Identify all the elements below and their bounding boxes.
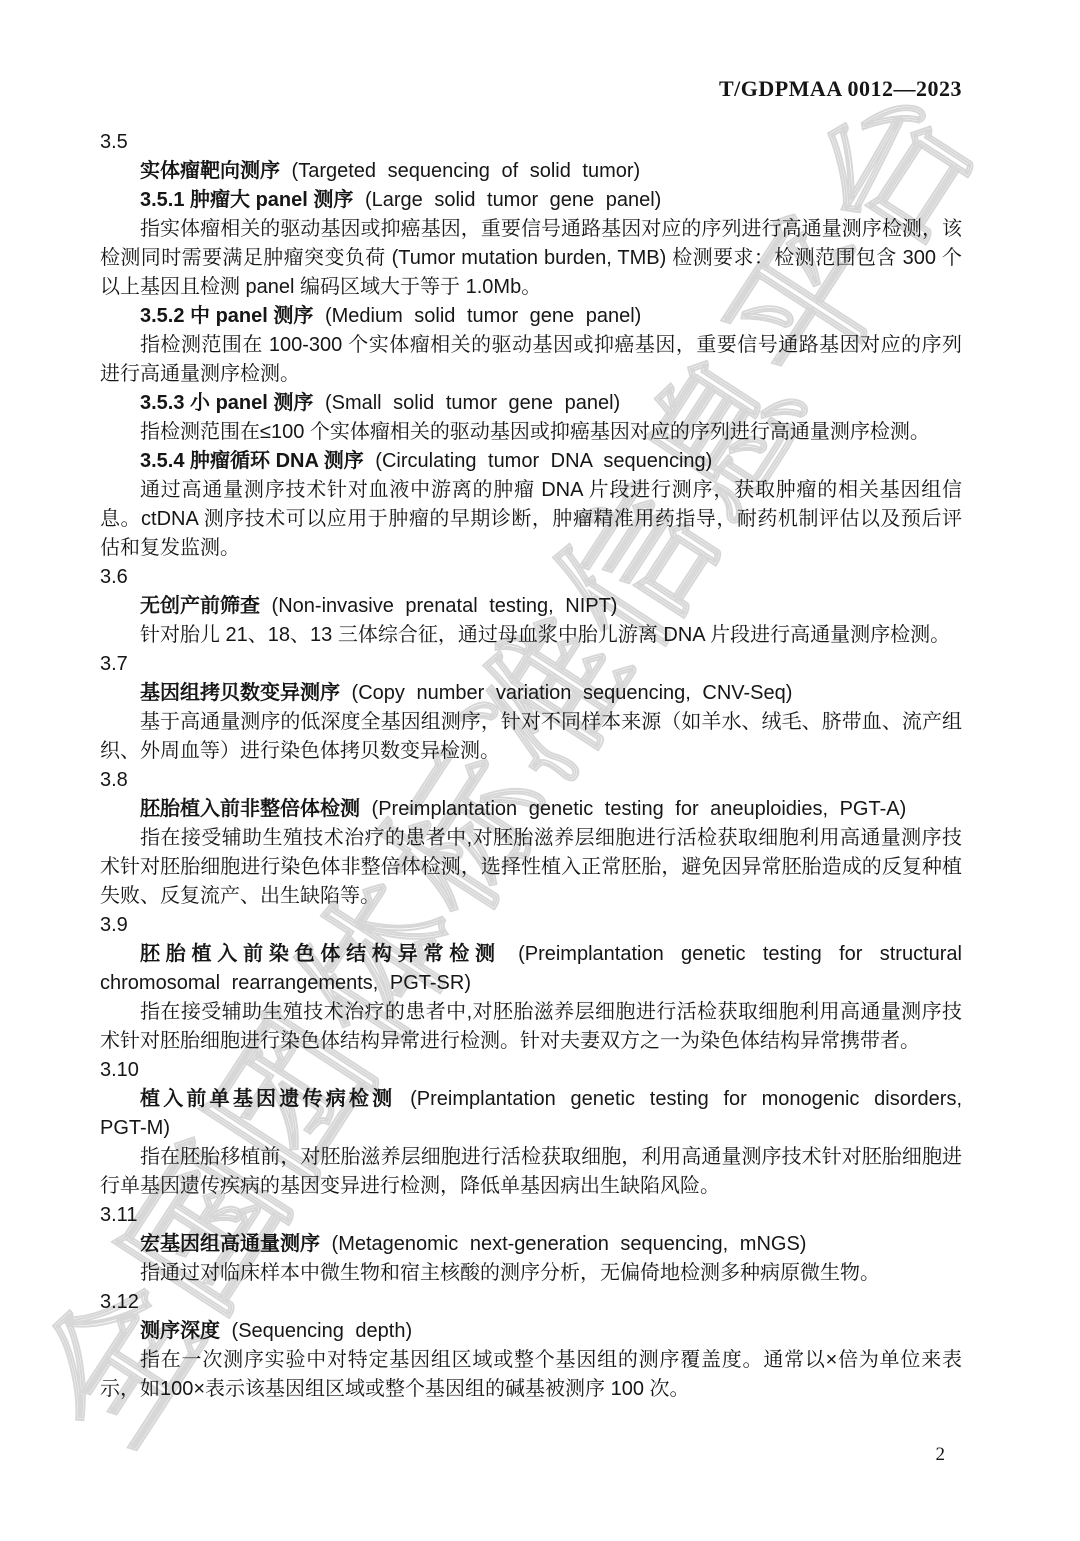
section-number-3-7: 3.7: [100, 650, 962, 679]
definition-3-5-3: 指检测范围在≤100 个实体瘤相关的驱动基因或抑癌基因对应的序列进行高通量测序检…: [100, 418, 962, 447]
term-zh: 无创产前筛查: [140, 595, 260, 617]
term-heading-3-9: 胚胎植入前染色体结构异常检测 (Preimplantation genetic …: [100, 940, 962, 998]
term-zh: 3.5.1 肿瘤大 panel 测序: [140, 189, 353, 211]
term-heading-3-8: 胚胎植入前非整倍体检测 (Preimplantation genetic tes…: [100, 795, 962, 824]
term-heading-3-5-2: 3.5.2 中 panel 测序 (Medium solid tumor gen…: [100, 302, 962, 331]
term-heading-3-6: 无创产前筛查 (Non-invasive prenatal testing, N…: [100, 592, 962, 621]
term-en: (Medium solid tumor gene panel): [313, 305, 641, 327]
document-page: 全国团体标准信息平台 T/GDPMAA 0012—2023 3.5 实体瘤靶向测…: [0, 0, 1080, 1541]
term-zh: 基因组拷贝数变异测序: [140, 682, 340, 704]
term-heading-3-5-4: 3.5.4 肿瘤循环 DNA 测序 (Circulating tumor DNA…: [100, 447, 962, 476]
definition-3-5-1: 指实体瘤相关的驱动基因或抑癌基因，重要信号通路基因对应的序列进行高通量测序检测，…: [100, 215, 962, 302]
page-number: 2: [936, 1444, 946, 1466]
section-number-3-9: 3.9: [100, 911, 962, 940]
term-heading-3-5-3: 3.5.3 小 panel 测序 (Small solid tumor gene…: [100, 389, 962, 418]
term-zh: 3.5.4 肿瘤循环 DNA 测序: [140, 450, 364, 472]
term-zh: 测序深度: [140, 1320, 220, 1342]
term-heading-3-5-1: 3.5.1 肿瘤大 panel 测序 (Large solid tumor ge…: [100, 186, 962, 215]
definition-3-8: 指在接受辅助生殖技术治疗的患者中,对胚胎滋养层细胞进行活检获取细胞利用高通量测序…: [100, 824, 962, 911]
definition-3-12: 指在一次测序实验中对特定基因组区域或整个基因组的测序覆盖度。通常以×倍为单位来表…: [100, 1346, 962, 1404]
term-zh: 胚胎植入前非整倍体检测: [140, 798, 360, 820]
term-heading-3-12: 测序深度 (Sequencing depth): [100, 1317, 962, 1346]
term-heading-3-5: 实体瘤靶向测序 (Targeted sequencing of solid tu…: [100, 157, 962, 186]
definition-3-5-2: 指检测范围在 100-300 个实体瘤相关的驱动基因或抑癌基因，重要信号通路基因…: [100, 331, 962, 389]
term-en: (Non-invasive prenatal testing, NIPT): [260, 595, 617, 617]
term-zh: 植入前单基因遗传病检测: [140, 1088, 395, 1110]
section-number-3-6: 3.6: [100, 563, 962, 592]
term-en: (Copy number variation sequencing, CNV-S…: [340, 682, 792, 704]
term-en: (Circulating tumor DNA sequencing): [364, 450, 713, 472]
section-number-3-10: 3.10: [100, 1056, 962, 1085]
definition-3-5-4: 通过高通量测序技术针对血液中游离的肿瘤 DNA 片段进行测序，获取肿瘤的相关基因…: [100, 476, 962, 563]
term-heading-3-7: 基因组拷贝数变异测序 (Copy number variation sequen…: [100, 679, 962, 708]
section-number-3-12: 3.12: [100, 1288, 962, 1317]
term-zh: 宏基因组高通量测序: [140, 1233, 320, 1255]
term-en: (Large solid tumor gene panel): [353, 189, 661, 211]
definition-3-11: 指通过对临床样本中微生物和宿主核酸的测序分析，无偏倚地检测多种病原微生物。: [100, 1259, 962, 1288]
term-zh: 3.5.2 中 panel 测序: [140, 305, 313, 327]
term-heading-3-10: 植入前单基因遗传病检测 (Preimplantation genetic tes…: [100, 1085, 962, 1143]
term-en: (Metagenomic next-generation sequencing,…: [320, 1233, 806, 1255]
term-en: (Preimplantation genetic testing for ane…: [360, 798, 906, 820]
term-en: (Sequencing depth): [220, 1320, 412, 1342]
section-number-3-8: 3.8: [100, 766, 962, 795]
doc-code-header: T/GDPMAA 0012—2023: [719, 76, 962, 102]
term-zh: 实体瘤靶向测序: [140, 160, 280, 182]
term-heading-3-11: 宏基因组高通量测序 (Metagenomic next-generation s…: [100, 1230, 962, 1259]
term-en: (Small solid tumor gene panel): [313, 392, 620, 414]
term-zh: 3.5.3 小 panel 测序: [140, 392, 313, 414]
section-number-3-11: 3.11: [100, 1201, 962, 1230]
term-zh: 胚胎植入前染色体结构异常检测: [140, 943, 501, 965]
definition-3-9: 指在接受辅助生殖技术治疗的患者中,对胚胎滋养层细胞进行活检获取细胞利用高通量测序…: [100, 998, 962, 1056]
definition-3-10: 指在胚胎移植前，对胚胎滋养层细胞进行活检获取细胞，利用高通量测序技术针对胚胎细胞…: [100, 1143, 962, 1201]
term-en: (Targeted sequencing of solid tumor): [280, 160, 640, 182]
section-number-3-5: 3.5: [100, 128, 962, 157]
document-content: 3.5 实体瘤靶向测序 (Targeted sequencing of soli…: [100, 128, 962, 1404]
definition-3-7: 基于高通量测序的低深度全基因组测序，针对不同样本来源（如羊水、绒毛、脐带血、流产…: [100, 708, 962, 766]
definition-3-6: 针对胎儿 21、18、13 三体综合征，通过母血浆中胎儿游离 DNA 片段进行高…: [100, 621, 962, 650]
